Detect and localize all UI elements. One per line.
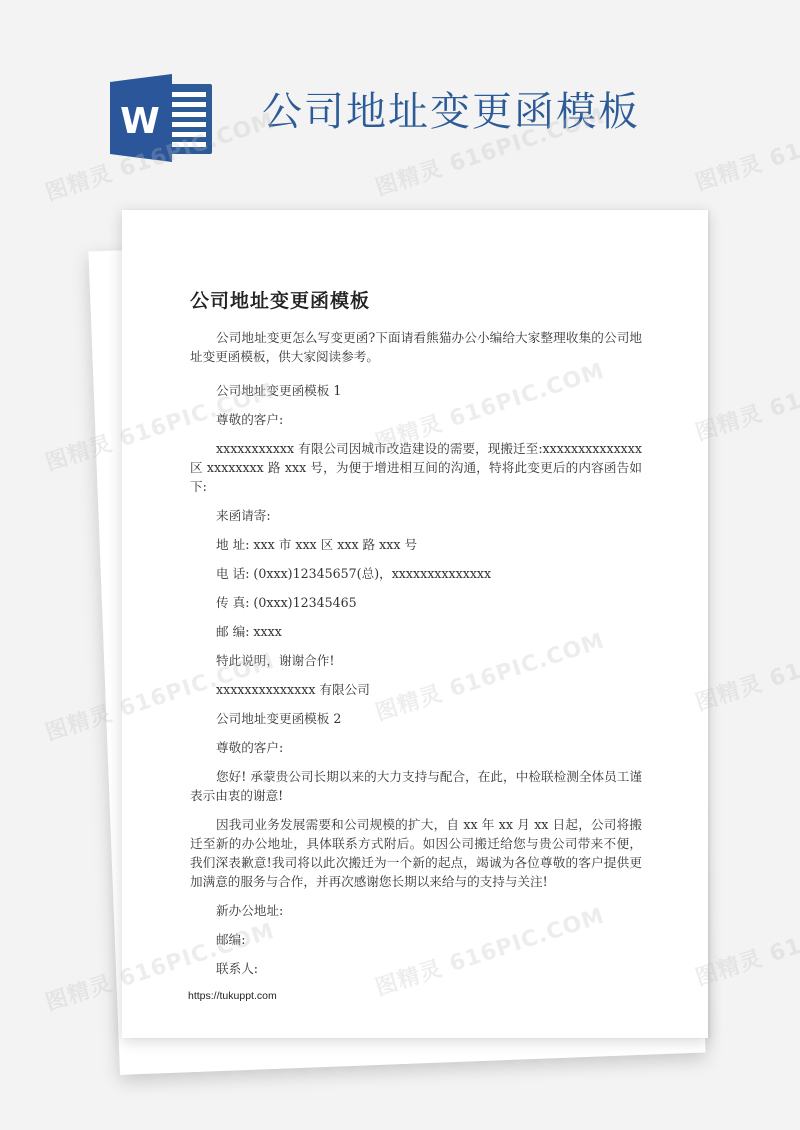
word-icon-letter: W [120, 101, 160, 142]
document-page: 公司地址变更函模板 公司地址变更怎么写变更函?下面请看熊猫办公小编给大家整理收集… [122, 210, 708, 1038]
page-header: W 公司地址变更函模板 [0, 0, 800, 200]
relocation-paragraph: 因我司业务发展需要和公司规模的扩大，自 xx 年 xx 月 xx 日起，公司将搬… [190, 815, 642, 891]
salutation-1: 尊敬的客户: [190, 410, 642, 429]
postcode-label: 邮编: [190, 930, 642, 949]
salutation-2: 尊敬的客户: [190, 738, 642, 757]
intro-paragraph: 公司地址变更怎么写变更函?下面请看熊猫办公小编给大家整理收集的公司地址变更函模板… [190, 328, 642, 366]
fax-line: 传 真: (0xxx)12345465 [190, 593, 642, 612]
postcode-line: 邮 编: xxxx [190, 622, 642, 641]
company-signature: xxxxxxxxxxxxxx 有限公司 [190, 680, 642, 699]
footer-url-link[interactable]: https://tukuppt.com [188, 990, 277, 1002]
contact-person-label: 联系人: [190, 959, 642, 978]
section-heading-2: 公司地址变更函模板 2 [190, 709, 642, 728]
letter-body-1: xxxxxxxxxxx 有限公司因城市改造建设的需要，现搬迁至:xxxxxxxx… [190, 439, 642, 496]
document-title: 公司地址变更函模板 [190, 286, 370, 313]
word-document-icon: W [110, 74, 214, 162]
greeting-paragraph: 您好! 承蒙贵公司长期以来的大力支持与配合，在此，中检联检测全体员工谨表示由衷的… [190, 767, 642, 805]
address-line: 地 址: xxx 市 xxx 区 xxx 路 xxx 号 [190, 535, 642, 554]
header-title: 公司地址变更函模板 [262, 92, 640, 132]
phone-line: 电 话: (0xxx)12345657(总)，xxxxxxxxxxxxxx [190, 564, 642, 583]
section-heading-1: 公司地址变更函模板 1 [190, 381, 642, 400]
closing-line: 特此说明，谢谢合作! [190, 651, 642, 670]
contact-heading: 来函请寄: [190, 506, 642, 525]
new-address-label: 新办公地址: [190, 901, 642, 920]
document-body: 公司地址变更怎么写变更函?下面请看熊猫办公小编给大家整理收集的公司地址变更函模板… [190, 328, 642, 978]
